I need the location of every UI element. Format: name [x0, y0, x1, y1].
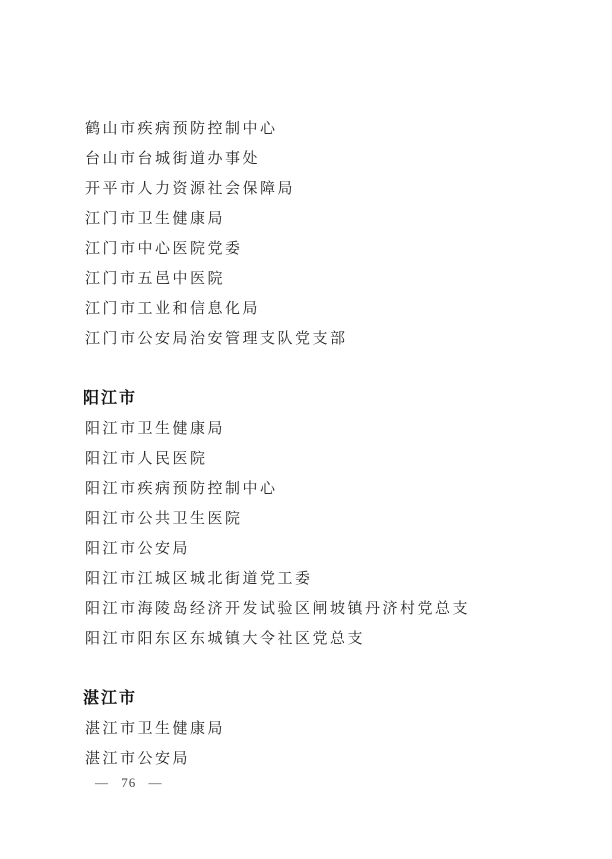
section-heading-zhanjiang: 湛江市	[83, 684, 572, 714]
section-yangjiang: 阳江市 阳江市卫生健康局 阳江市人民医院 阳江市疾病预防控制中心 阳江市公共卫生…	[85, 384, 572, 654]
list-item: 阳江市公共卫生医院	[85, 504, 572, 534]
section-continuation: 鹤山市疾病预防控制中心 台山市台城街道办事处 开平市人力资源社会保障局 江门市卫…	[85, 114, 572, 354]
list-item: 开平市人力资源社会保障局	[85, 174, 572, 204]
list-item: 阳江市海陵岛经济开发试验区闸坡镇丹济村党总支	[85, 594, 572, 624]
list-item: 台山市台城街道办事处	[85, 144, 572, 174]
list-item: 鹤山市疾病预防控制中心	[85, 114, 572, 144]
list-item: 湛江市公安局	[85, 744, 572, 774]
list-item: 阳江市人民医院	[85, 444, 572, 474]
list-item: 湛江市卫生健康局	[85, 714, 572, 744]
list-item: 江门市工业和信息化局	[85, 294, 572, 324]
page-number: — 76 —	[95, 775, 163, 790]
section-heading-yangjiang: 阳江市	[83, 384, 572, 414]
section-zhanjiang: 湛江市 湛江市卫生健康局 湛江市公安局	[85, 684, 572, 774]
page-footer: — 76 —	[95, 776, 572, 790]
list-item: 阳江市阳东区东城镇大令社区党总支	[85, 624, 572, 654]
list-item: 阳江市疾病预防控制中心	[85, 474, 572, 504]
list-item: 江门市五邑中医院	[85, 264, 572, 294]
document-page: 鹤山市疾病预防控制中心 台山市台城街道办事处 开平市人力资源社会保障局 江门市卫…	[0, 0, 612, 859]
list-item: 阳江市公安局	[85, 534, 572, 564]
list-item: 江门市卫生健康局	[85, 204, 572, 234]
list-item: 阳江市江城区城北街道党工委	[85, 564, 572, 594]
list-item: 江门市公安局治安管理支队党支部	[85, 324, 572, 354]
list-item: 江门市中心医院党委	[85, 234, 572, 264]
list-item: 阳江市卫生健康局	[85, 414, 572, 444]
